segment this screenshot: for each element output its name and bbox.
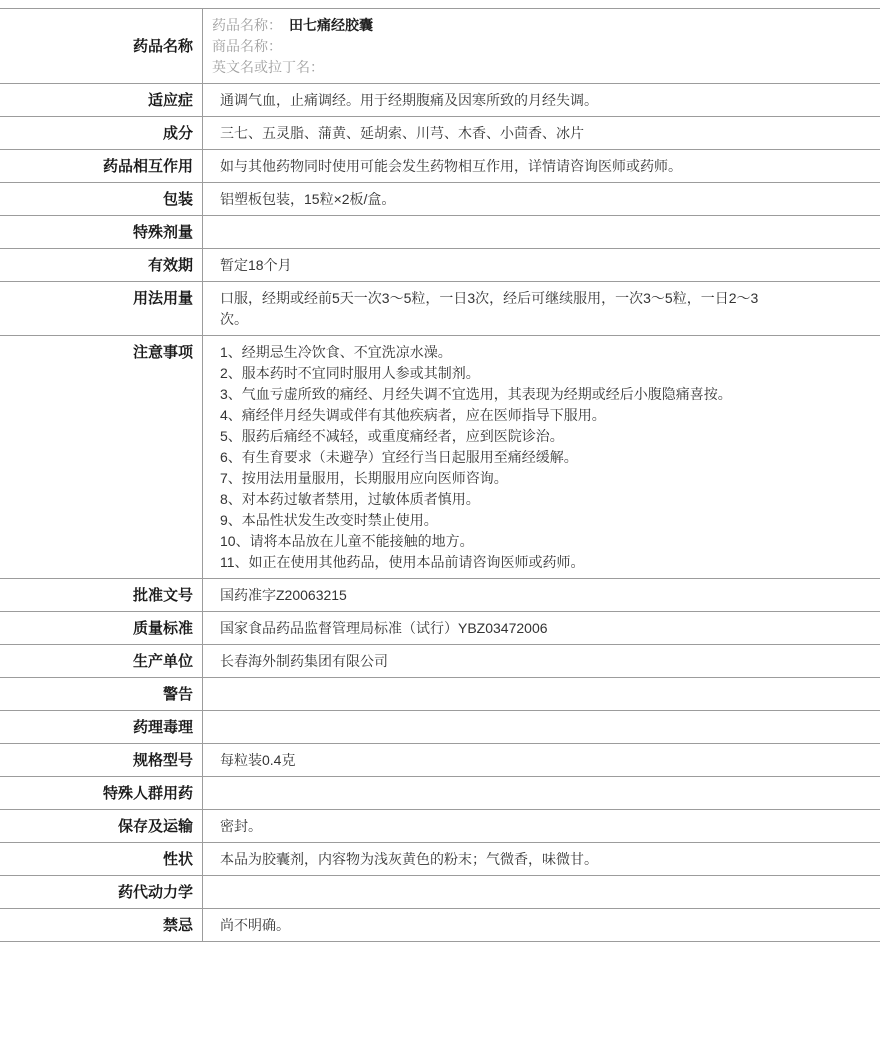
drug-name-field: 药品名称：田七痛经胶囊 — [212, 15, 772, 36]
row-label: 批准文号 — [0, 579, 203, 611]
row-label: 注意事项 — [0, 336, 203, 578]
row-label: 药品相互作用 — [0, 150, 203, 182]
row-value: 口服，经期或经前5天一次3～5粒，一日3次，经后可继续服用，一次3～5粒，一日2… — [203, 282, 880, 335]
note-line: 8、对本药过敏者禁用，过敏体质者慎用。 — [220, 489, 772, 510]
row-value: 如与其他药物同时使用可能会发生药物相互作用，详情请咨询医师或药师。 — [203, 150, 880, 182]
note-line: 3、气血亏虚所致的痛经、月经失调不宜选用，其表现为经期或经后小腹隐痛喜按。 — [220, 384, 772, 405]
row-value: 药品名称：田七痛经胶囊 商品名称： 英文名或拉丁名： — [203, 9, 880, 83]
note-line: 4、痛经伴月经失调或伴有其他疾病者，应在医师指导下服用。 — [220, 405, 772, 426]
field-key: 英文名或拉丁名： — [212, 59, 324, 75]
row-value: 国药准字Z20063215 — [203, 579, 880, 611]
note-line: 6、有生育要求（未避孕）宜经行当日起服用至痛经缓解。 — [220, 447, 772, 468]
row-value — [203, 876, 880, 908]
table-row: 特殊剂量 — [0, 216, 880, 249]
row-label: 质量标准 — [0, 612, 203, 644]
row-label: 特殊剂量 — [0, 216, 203, 248]
table-row: 性状 本品为胶囊剂，内容物为浅灰黄色的粉末；气微香，味微甘。 — [0, 843, 880, 876]
table-row: 药理毒理 — [0, 711, 880, 744]
table-row: 药品相互作用 如与其他药物同时使用可能会发生药物相互作用，详情请咨询医师或药师。 — [0, 150, 880, 183]
row-label: 用法用量 — [0, 282, 203, 335]
note-line: 2、服本药时不宜同时服用人参或其制剂。 — [220, 363, 772, 384]
row-value — [203, 678, 880, 710]
row-label: 包装 — [0, 183, 203, 215]
row-label: 性状 — [0, 843, 203, 875]
drug-info-table: 药品名称 药品名称：田七痛经胶囊 商品名称： 英文名或拉丁名： 适应症 通调气血… — [0, 8, 880, 942]
table-row: 成分 三七、五灵脂、蒲黄、延胡索、川芎、木香、小茴香、冰片 — [0, 117, 880, 150]
row-label: 有效期 — [0, 249, 203, 281]
table-row: 药代动力学 — [0, 876, 880, 909]
row-label: 生产单位 — [0, 645, 203, 677]
row-label: 禁忌 — [0, 909, 203, 941]
row-label: 成分 — [0, 117, 203, 149]
row-label: 药品名称 — [0, 9, 203, 83]
row-value — [203, 711, 880, 743]
table-row-drug-name: 药品名称 药品名称：田七痛经胶囊 商品名称： 英文名或拉丁名： — [0, 9, 880, 84]
row-label: 药理毒理 — [0, 711, 203, 743]
row-value: 通调气血，止痛调经。用于经期腹痛及因寒所致的月经失调。 — [203, 84, 880, 116]
table-row: 注意事项 1、经期忌生冷饮食、不宜洗凉水澡。2、服本药时不宜同时服用人参或其制剂… — [0, 336, 880, 579]
row-value: 尚不明确。 — [203, 909, 880, 941]
row-value: 本品为胶囊剂，内容物为浅灰黄色的粉末；气微香，味微甘。 — [203, 843, 880, 875]
trade-name-field: 商品名称： — [212, 36, 772, 57]
table-row: 有效期 暂定18个月 — [0, 249, 880, 282]
row-value: 三七、五灵脂、蒲黄、延胡索、川芎、木香、小茴香、冰片 — [203, 117, 880, 149]
row-value: 密封。 — [203, 810, 880, 842]
row-value: 长春海外制药集团有限公司 — [203, 645, 880, 677]
note-line: 11、如正在使用其他药品，使用本品前请咨询医师或药师。 — [220, 552, 772, 573]
table-row: 特殊人群用药 — [0, 777, 880, 810]
field-key: 药品名称： — [212, 17, 282, 33]
table-row: 规格型号 每粒装0.4克 — [0, 744, 880, 777]
row-value: 暂定18个月 — [203, 249, 880, 281]
english-name-field: 英文名或拉丁名： — [212, 57, 772, 78]
row-value — [203, 216, 880, 248]
table-row: 警告 — [0, 678, 880, 711]
row-value: 铝塑板包装，15粒×2板/盒。 — [203, 183, 880, 215]
row-value: 每粒装0.4克 — [203, 744, 880, 776]
row-label: 适应症 — [0, 84, 203, 116]
note-line: 1、经期忌生冷饮食、不宜洗凉水澡。 — [220, 342, 772, 363]
table-row: 质量标准 国家食品药品监督管理局标准（试行）YBZ03472006 — [0, 612, 880, 645]
note-line: 5、服药后痛经不减轻，或重度痛经者，应到医院诊治。 — [220, 426, 772, 447]
table-row: 禁忌 尚不明确。 — [0, 909, 880, 942]
table-row: 用法用量 口服，经期或经前5天一次3～5粒，一日3次，经后可继续服用，一次3～5… — [0, 282, 880, 336]
row-label: 药代动力学 — [0, 876, 203, 908]
table-row: 生产单位 长春海外制药集团有限公司 — [0, 645, 880, 678]
note-line: 7、按用法用量服用，长期服用应向医师咨询。 — [220, 468, 772, 489]
row-value — [203, 777, 880, 809]
row-label: 特殊人群用药 — [0, 777, 203, 809]
note-line: 10、请将本品放在儿童不能接触的地方。 — [220, 531, 772, 552]
row-label: 警告 — [0, 678, 203, 710]
table-row: 批准文号 国药准字Z20063215 — [0, 579, 880, 612]
table-row: 包装 铝塑板包装，15粒×2板/盒。 — [0, 183, 880, 216]
table-row: 保存及运输 密封。 — [0, 810, 880, 843]
field-key: 商品名称： — [212, 38, 282, 54]
note-line: 9、本品性状发生改变时禁止使用。 — [220, 510, 772, 531]
table-row: 适应症 通调气血，止痛调经。用于经期腹痛及因寒所致的月经失调。 — [0, 84, 880, 117]
row-label: 保存及运输 — [0, 810, 203, 842]
row-label: 规格型号 — [0, 744, 203, 776]
row-value: 国家食品药品监督管理局标准（试行）YBZ03472006 — [203, 612, 880, 644]
field-value: 田七痛经胶囊 — [289, 17, 373, 33]
row-value: 1、经期忌生冷饮食、不宜洗凉水澡。2、服本药时不宜同时服用人参或其制剂。3、气血… — [203, 336, 880, 578]
table-rows: 适应症 通调气血，止痛调经。用于经期腹痛及因寒所致的月经失调。 成分 三七、五灵… — [0, 84, 880, 942]
